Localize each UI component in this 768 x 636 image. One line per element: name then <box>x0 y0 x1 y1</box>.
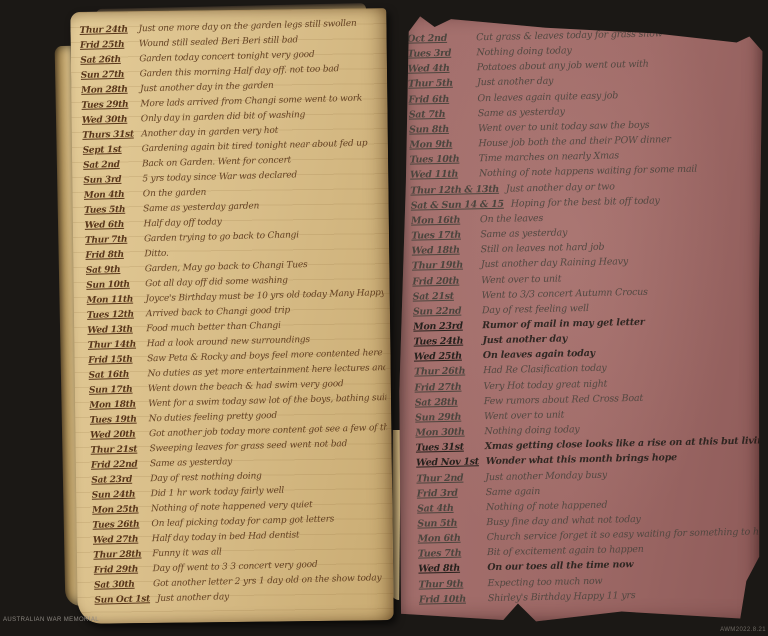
entry-text: Nothing of note happened very quiet <box>151 500 313 514</box>
entry-text: On leaf picking today for camp got lette… <box>151 514 334 529</box>
entry-text: Saw Peta & Rocky and boys feel more cont… <box>147 348 383 364</box>
entry-text: On the garden <box>143 188 207 200</box>
entry-text: Had a look around new surroundings <box>147 335 310 349</box>
entry-text: Gardening again bit tired tonight near a… <box>142 138 368 154</box>
diary-entry: Frid 8th Ditto. <box>85 243 382 261</box>
diary-entry: Thur 21st Sweeping leaves for grass seed… <box>90 438 387 456</box>
entry-text: Nothing of note happened <box>486 499 608 513</box>
diary-entry: Mon 30th Nothing doing today <box>415 420 759 438</box>
diary-entry: Sun 24th Did 1 hr work today fairly well <box>92 483 389 501</box>
entry-date: Wed 27th <box>93 534 145 545</box>
entry-date: Tues 24th <box>413 335 475 347</box>
entry-text: Joyce's Birthday must be 10 yrs old toda… <box>145 288 383 304</box>
diary-entry: Tues 10th Time marches on nearly Xmas <box>410 148 754 166</box>
entry-text: Ditto. <box>144 249 169 260</box>
entry-date: Mon 30th <box>415 426 477 438</box>
entry-text: Just another day <box>482 334 567 347</box>
right-page-entries: Oct 2nd Cut grass & leaves today for gra… <box>407 26 763 605</box>
entry-text: Just another day or two <box>506 181 615 194</box>
diary-entry: Sat 2nd Back on Garden. Went for concert <box>83 153 380 171</box>
diary-entry: Sun 22nd Day of rest feeling well <box>413 299 757 317</box>
diary-entry: Sun 10th Got all day off did some washin… <box>86 273 383 291</box>
entry-text: Same again <box>486 486 541 498</box>
entry-date: Mon 4th <box>84 190 136 201</box>
entry-text: Just another day <box>157 592 229 604</box>
diary-entry: Oct 2nd Cut grass & leaves today for gra… <box>407 26 751 44</box>
entry-date: Wed 6th <box>85 220 137 231</box>
entry-text: Same as yesterday <box>478 106 565 119</box>
entry-text: Went over to unit today saw the boys <box>478 120 649 135</box>
diary-entry: Wed 13th Food much better than Changi <box>87 318 384 336</box>
entry-date: Frid 8th <box>85 250 137 261</box>
entry-date: Sun 22nd <box>413 305 475 317</box>
diary-entry: Thur 28th Funny it was all <box>93 543 390 561</box>
diary-entry: Thurs 31st Another day in garden very ho… <box>82 123 379 141</box>
entry-date: Tues 26th <box>92 519 144 530</box>
entry-text: Just one more day on the garden legs sti… <box>138 19 356 35</box>
diary-entry: Frid 3rd Same again <box>417 481 761 499</box>
diary-entry: Frid 27th Very Hot today great night <box>414 375 758 393</box>
entry-text: Sweeping leaves for grass seed went not … <box>149 439 347 454</box>
entry-text: Same as yesterday <box>150 457 232 469</box>
entry-date: Sat 9th <box>86 265 138 276</box>
diary-entry: Wed 30th Only day in garden did bit of w… <box>82 108 379 126</box>
diary-entry: Mon 25th Nothing of note happened very q… <box>92 498 389 516</box>
entry-date: Tues 29th <box>81 100 133 111</box>
entry-date: Sat 4th <box>417 502 479 514</box>
entry-text: Xmas getting close looks like a rise on … <box>485 436 760 453</box>
diary-entry: Sun 8th Went over to unit today saw the … <box>409 117 753 135</box>
left-page-entries: Thur 24th Just one more day on the garde… <box>79 18 391 606</box>
entry-date: Wed 25th <box>414 351 476 363</box>
entry-text: Went over to unit <box>481 273 561 286</box>
entry-date: Thur 7th <box>85 235 137 246</box>
diary-entry: Wed 25th On leaves again today <box>414 345 758 363</box>
entry-date: Oct 2nd <box>407 32 469 44</box>
diary-entry: Wed 18th Still on leaves not hard job <box>412 239 756 257</box>
entry-date: Sat 30th <box>94 579 146 590</box>
entry-text: Just another day Raining Heavy <box>481 256 628 270</box>
entry-text: Garden this morning Half day off. not to… <box>140 64 340 79</box>
diary-entry: Sun 5th Busy fine day and what not today <box>417 511 761 529</box>
entry-text: 5 yrs today since War was declared <box>142 170 297 184</box>
entry-text: Rumor of mail in may get letter <box>482 317 645 331</box>
diary-entry: Thur 9th Expecting too much now <box>418 572 762 590</box>
entry-text: Still on leaves not hard job <box>480 242 604 256</box>
entry-text: More lads arrived from Changi some went … <box>140 94 362 110</box>
entry-text: Same as yesterday garden <box>143 201 259 214</box>
diary-entry: Thur 12th & 13th Just another day or two <box>410 178 754 196</box>
entry-text: Few rumors about Red Cross Boat <box>484 393 643 407</box>
entry-date: Wed Nov 1st <box>416 457 479 469</box>
entry-text: Hoping for the best bit off today <box>511 195 660 209</box>
entry-text: Nothing doing today <box>484 424 579 437</box>
diary-entry: Sun Oct 1st Just another day <box>94 588 391 606</box>
entry-text: Cut grass & leaves today for grass show <box>476 28 663 43</box>
entry-date: Thur 9th <box>418 578 480 590</box>
entry-date: Thur 14th <box>88 339 140 350</box>
entry-text: Went to 3/3 concert Autumn Crocus <box>481 286 647 300</box>
diary-entry: Sun 29th Went over to unit <box>415 405 759 423</box>
entry-text: Went over to unit <box>484 409 564 422</box>
diary-entry: Thur 19th Just another day Raining Heavy <box>412 254 756 272</box>
entry-date: Thur 2nd <box>416 472 478 484</box>
entry-text: Expecting too much now <box>487 575 602 588</box>
entry-text: Got another job today more content got s… <box>149 423 387 439</box>
diary-entry: Sun 17th Went down the beach & had swim … <box>89 378 386 396</box>
entry-date: Sat 23rd <box>91 474 143 485</box>
entry-date: Sat & Sun 14 & 15 <box>411 198 504 211</box>
diary-photo: Thur 24th Just one more day on the garde… <box>0 0 768 636</box>
diary-entry: Frid 22nd Same as yesterday <box>91 453 388 471</box>
diary-entry: Sat 9th Garden, May go back to Changi Tu… <box>86 258 383 276</box>
entry-text: Church service forget it so easy waiting… <box>487 527 762 544</box>
entry-date: Mon 16th <box>411 214 473 226</box>
diary-entry: Mon 28th Just another day in the garden <box>81 78 378 96</box>
diary-entry: Tues 24th Just another day <box>413 330 757 348</box>
entry-text: Another day in garden very hot <box>141 126 278 140</box>
entry-text: Just another day <box>477 76 553 89</box>
diary-entry: Mon 16th On the leaves <box>411 208 755 226</box>
diary-entry: Sat 26th Garden today concert tonight ve… <box>80 48 377 66</box>
diary-entry: Sept 1st Gardening again bit tired tonig… <box>83 138 380 156</box>
diary-entry: Tues 7th Bit of excitement again to happ… <box>418 542 762 560</box>
entry-text: Only day in garden did bit of washing <box>141 110 306 124</box>
diary-entry: Tues 5th Same as yesterday garden <box>84 198 381 216</box>
entry-text: On leaves again today <box>483 348 595 361</box>
diary-entry: Sat & Sun 14 & 15 Hoping for the best bi… <box>411 193 755 211</box>
entry-date: Sun 17th <box>89 384 141 395</box>
entry-date: Thur 28th <box>93 549 145 560</box>
diary-entry: Thur 14th Had a look around new surround… <box>88 333 385 351</box>
entry-text: Day of rest feeling well <box>482 303 589 316</box>
entry-date: Sat 21st <box>412 290 474 302</box>
entry-date: Mon 25th <box>92 504 144 515</box>
diary-left-page: Thur 24th Just one more day on the garde… <box>70 8 393 624</box>
entry-date: Sun 29th <box>415 411 477 423</box>
entry-date: Sun Oct 1st <box>94 594 150 605</box>
entry-date: Frid 20th <box>412 275 474 287</box>
diary-entry: Wed 27th Half day today in bed Had denti… <box>93 528 390 546</box>
entry-date: Frid 3rd <box>417 487 479 499</box>
entry-date: Sat 16th <box>88 369 140 380</box>
diary-entry: Wed 6th Half day off today <box>85 213 382 231</box>
diary-entry: Sat 16th No duties as yet more entertain… <box>88 363 385 381</box>
entry-date: Mon 6th <box>418 532 480 544</box>
diary-entry: Frid 10th Shirley's Birthday Happy 11 yr… <box>419 587 763 605</box>
diary-entry: Thur 5th Just another day <box>408 72 752 90</box>
entry-text: Wound still sealed Beri Beri still bad <box>139 35 298 49</box>
entry-date: Frid 29th <box>94 564 146 575</box>
diary-entry: Sat 23rd Day of rest nothing doing <box>91 468 388 486</box>
entry-date: Thur 24th <box>79 25 131 36</box>
entry-text: Same as yesterday <box>480 227 567 240</box>
diary-entry: Wed 20th Got another job today more cont… <box>90 423 387 441</box>
diary-entry: Mon 18th Went for a swim today saw lot o… <box>89 393 386 411</box>
entry-date: Tues 3rd <box>407 48 469 60</box>
entry-date: Wed 8th <box>418 563 480 575</box>
diary-entry: Sat 4th Nothing of note happened <box>417 496 761 514</box>
entry-date: Tues 10th <box>410 154 472 166</box>
entry-date: Thur 21st <box>90 444 142 455</box>
awm-caption: AUSTRALIAN WAR MEMORIAL <box>3 617 99 623</box>
entry-date: Sun 8th <box>409 123 471 135</box>
entry-text: Half day today in bed Had dentist <box>152 530 300 544</box>
entry-text: Nothing of note happens waiting for some… <box>479 164 697 180</box>
diary-entry: Wed 8th On our toes all the time now <box>418 557 762 575</box>
entry-date: Thur 12th & 13th <box>410 183 499 196</box>
entry-date: Thurs 31st <box>82 130 134 141</box>
entry-text: Very Hot today great night <box>483 378 607 392</box>
entry-text: Busy fine day and what not today <box>486 514 641 528</box>
diary-entry: Mon 6th Church service forget it so easy… <box>418 527 762 545</box>
diary-entry: Mon 4th On the garden <box>84 183 381 201</box>
diary-entry: Tues 17th Same as yesterday <box>411 223 755 241</box>
entry-text: Day off went to 3 3 concert very good <box>153 560 318 574</box>
entry-date: Tues 17th <box>411 229 473 241</box>
entry-date: Sun 3rd <box>83 175 135 186</box>
entry-date: Sat 26th <box>80 55 132 66</box>
entry-date: Sun 5th <box>417 517 479 529</box>
entry-date: Mon 28th <box>81 85 133 96</box>
entry-date: Wed 20th <box>90 429 142 440</box>
accession-caption: AWM2022.8.21 <box>720 627 766 633</box>
diary-entry: Frid 15th Saw Peta & Rocky and boys feel… <box>88 348 385 366</box>
diary-entry: Thur 24th Just one more day on the garde… <box>79 18 376 36</box>
diary-entry: Frid 20th Went over to unit <box>412 269 756 287</box>
entry-date: Frid 10th <box>419 593 481 605</box>
entry-text: Got all day off did some washing <box>145 276 288 290</box>
entry-date: Tues 31st <box>416 442 478 454</box>
entry-date: Wed 13th <box>87 324 139 335</box>
entry-date: Tues 19th <box>90 414 142 425</box>
entry-date: Tues 12th <box>87 309 139 320</box>
entry-date: Sept 1st <box>83 145 135 156</box>
entry-date: Wed 30th <box>82 115 134 126</box>
diary-entry: Tues 3rd Nothing doing today <box>407 42 751 60</box>
diary-entry: Tues 29th More lads arrived from Changi … <box>81 93 378 111</box>
diary-entry: Mon 11th Joyce's Birthday must be 10 yrs… <box>86 288 383 306</box>
diary-right-page: Oct 2nd Cut grass & leaves today for gra… <box>396 11 764 628</box>
entry-text: Went down the beach & had swim very good <box>148 379 344 394</box>
diary-entry: Wed 4th Potatoes about any job went out … <box>408 57 752 75</box>
diary-entry: Tues 26th On leaf picking today for camp… <box>92 513 389 531</box>
entry-date: Frid 25th <box>80 40 132 51</box>
diary-entry: Frid 25th Wound still sealed Beri Beri s… <box>80 33 377 51</box>
entry-date: Mon 9th <box>409 138 471 150</box>
entry-date: Frid 15th <box>88 354 140 365</box>
entry-text: Did 1 hr work today fairly well <box>151 486 285 499</box>
entry-date: Tues 7th <box>418 548 480 560</box>
entry-date: Frid 27th <box>414 381 476 393</box>
diary-entry: Frid 6th On leaves again quite easy job <box>408 87 752 105</box>
entry-date: Mon 23rd <box>413 320 475 332</box>
entry-date: Sun 24th <box>92 489 144 500</box>
entry-date: Frid 22nd <box>91 459 143 470</box>
diary-entry: Sat 28th Few rumors about Red Cross Boat <box>415 390 759 408</box>
entry-date: Sat 28th <box>415 396 477 408</box>
diary-entry: Sun 3rd 5 yrs today since War was declar… <box>83 168 380 186</box>
entry-text: House job both the and their POW dinner <box>478 134 671 149</box>
entry-text: Garden, May go back to Changi Tues <box>145 260 308 274</box>
entry-text: Back on Garden. Went for concert <box>142 155 291 169</box>
diary-entry: Thur 26th Had Re Clasification today <box>414 360 758 378</box>
entry-text: No duties feeling pretty good <box>149 411 278 424</box>
entry-text: Food much better than Changi <box>146 321 281 335</box>
entry-text: On our toes all the time now <box>487 560 633 574</box>
diary-entry: Tues 31st Xmas getting close looks like … <box>416 436 760 454</box>
entry-date: Frid 6th <box>408 93 470 105</box>
entry-text: On the leaves <box>480 213 543 225</box>
entry-text: Garden today concert tonight very good <box>139 50 314 65</box>
entry-text: No duties as yet more entertainment here… <box>147 363 385 379</box>
entry-date: Wed 4th <box>408 63 470 75</box>
entry-text: Just another day in the garden <box>140 81 274 94</box>
entry-text: Wonder what this month brings hope <box>486 453 677 468</box>
entry-text: Funny it was all <box>152 547 222 559</box>
entry-date: Sat 7th <box>409 108 471 120</box>
entry-date: Sat 2nd <box>83 160 135 171</box>
entry-text: Just another Monday busy <box>485 469 607 483</box>
entry-text: Arrived back to Changi good trip <box>146 306 290 320</box>
entry-date: Thur 5th <box>408 78 470 90</box>
entry-text: Day of rest nothing doing <box>150 471 262 484</box>
entry-date: Mon 11th <box>86 294 138 305</box>
entry-date: Wed 18th <box>412 245 474 257</box>
entry-date: Tues 5th <box>84 205 136 216</box>
entry-text: Garden trying to go back to Changi <box>144 230 299 244</box>
entry-text: Got another letter 2 yrs 1 day old on th… <box>153 573 382 589</box>
entry-text: Went for a swim today saw lot of the boy… <box>148 393 386 409</box>
diary-entry: Thur 7th Garden trying to go back to Cha… <box>85 228 382 246</box>
diary-entry: Sat 7th Same as yesterday <box>409 102 753 120</box>
diary-entry: Wed Nov 1st Wonder what this month bring… <box>416 451 760 469</box>
diary-entry: Frid 29th Day off went to 3 3 concert ve… <box>94 558 391 576</box>
diary-entry: Mon 23rd Rumor of mail in may get letter <box>413 314 757 332</box>
entry-date: Sun 27th <box>81 70 133 81</box>
diary-entry: Mon 9th House job both the and their POW… <box>409 133 753 151</box>
diary-entry: Wed 11th Nothing of note happens waiting… <box>410 163 754 181</box>
entry-text: Bit of excitement again to happen <box>487 544 644 558</box>
entry-text: On leaves again quite easy job <box>477 90 618 104</box>
diary-entry: Sun 27th Garden this morning Half day of… <box>81 63 378 81</box>
entry-text: Time marches on nearly Xmas <box>479 151 620 165</box>
entry-date: Wed 11th <box>410 169 472 181</box>
entry-text: Nothing doing today <box>476 45 571 58</box>
entry-text: Half day off today <box>143 217 221 229</box>
entry-text: Shirley's Birthday Happy 11 yrs <box>488 590 636 604</box>
diary-entry: Sat 21st Went to 3/3 concert Autumn Croc… <box>412 284 756 302</box>
entry-date: Thur 26th <box>414 366 476 378</box>
entry-date: Sun 10th <box>86 279 138 290</box>
diary-entry: Tues 12th Arrived back to Changi good tr… <box>87 303 384 321</box>
diary-entry: Thur 2nd Just another Monday busy <box>416 466 760 484</box>
entry-text: Had Re Clasification today <box>483 363 607 377</box>
entry-text: Potatoes about any job went out with <box>477 59 649 74</box>
diary-entry: Sat 30th Got another letter 2 yrs 1 day … <box>94 573 391 591</box>
entry-date: Mon 18th <box>89 399 141 410</box>
diary-entry: Tues 19th No duties feeling pretty good <box>90 408 387 426</box>
entry-date: Thur 19th <box>412 260 474 272</box>
